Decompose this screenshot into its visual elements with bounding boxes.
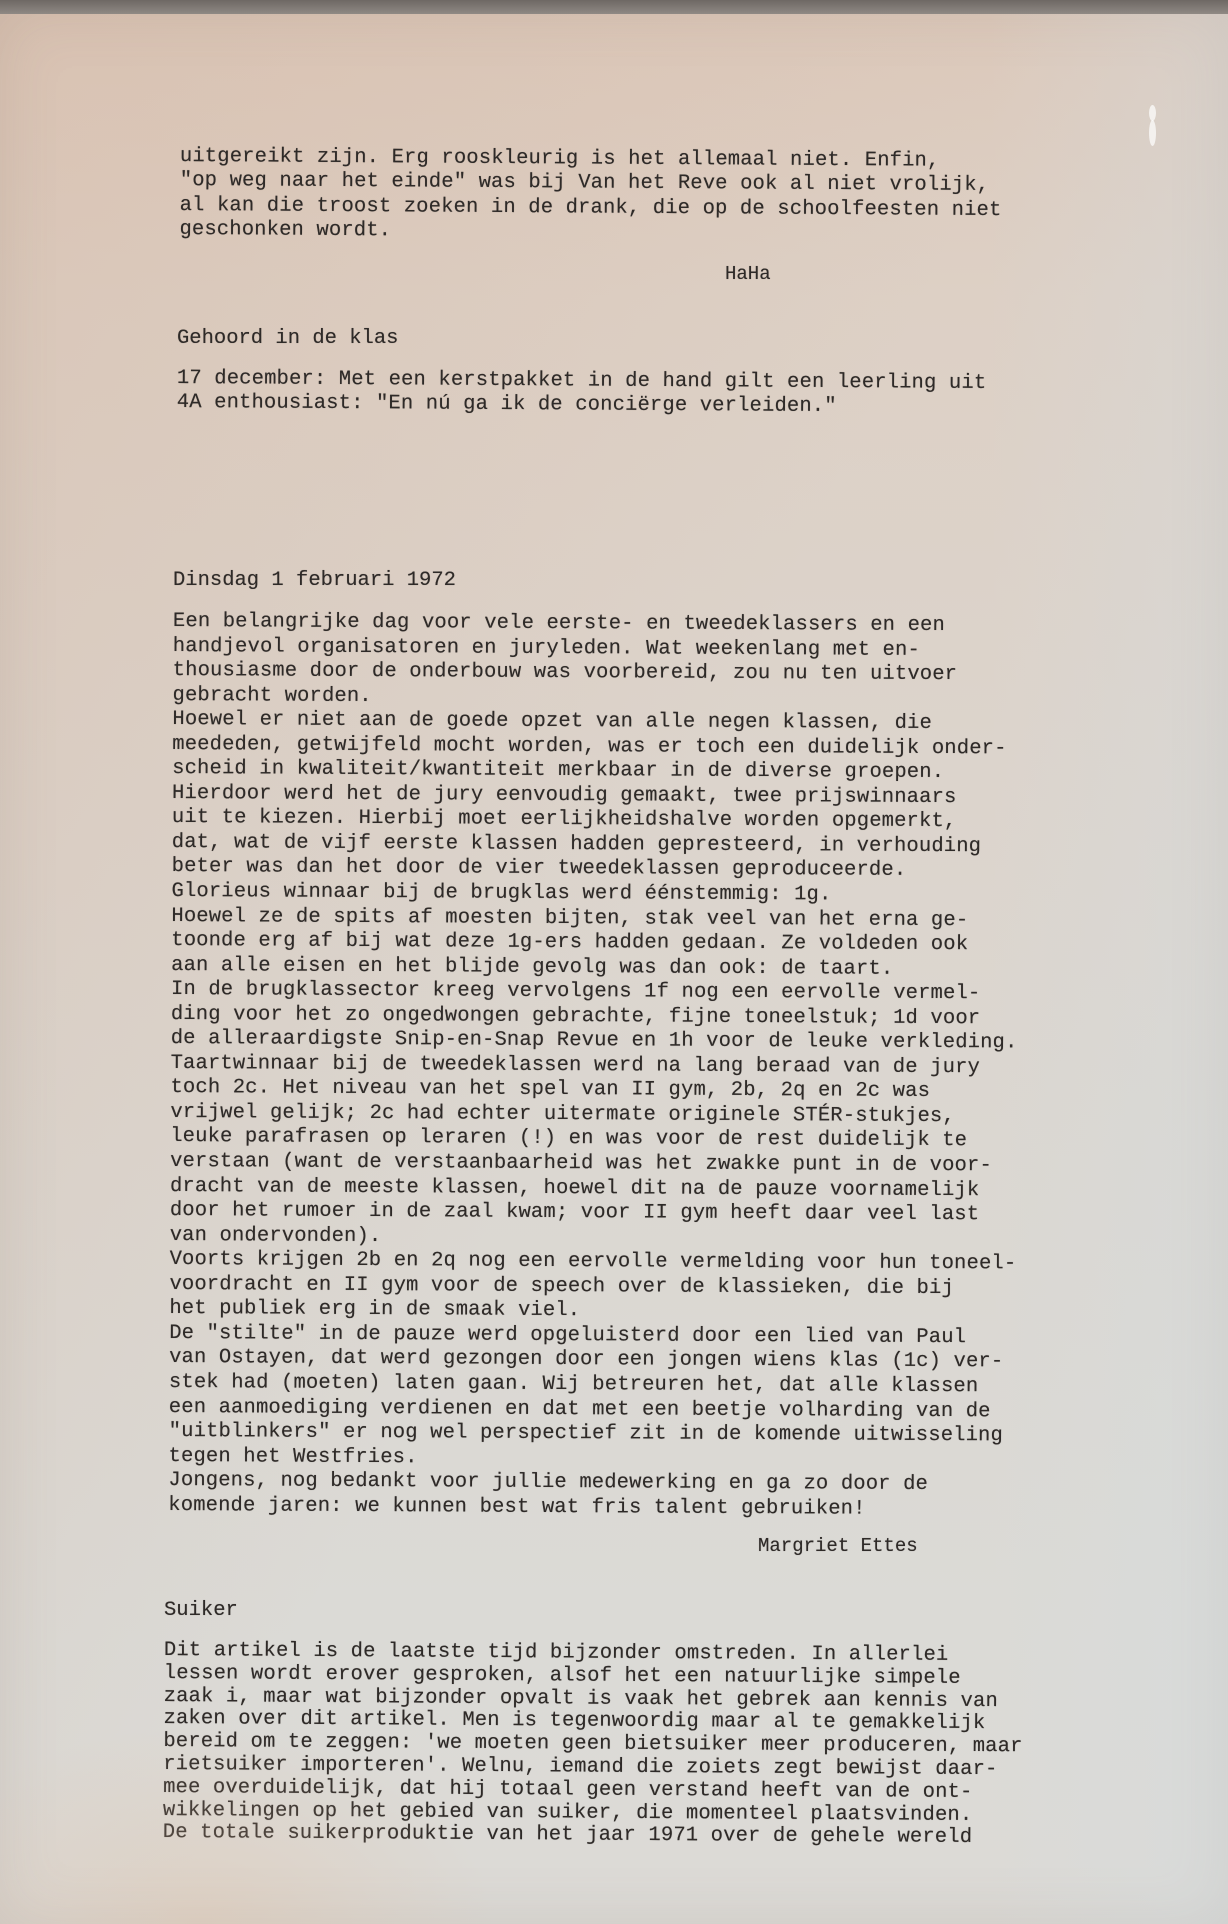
- dinsdag-paragraph: Een belangrijke dag voor vele eerste- en…: [168, 610, 1019, 1523]
- gehoord-paragraph: 17 december: Met een kerstpakket in de h…: [177, 367, 987, 421]
- section-title-suiker: Suiker: [164, 1599, 238, 1623]
- paper-dent: [1149, 105, 1156, 121]
- text-line: Een belangrijke dag voor vele eerste- en…: [173, 610, 1020, 639]
- dinsdag-signature: Margriet Ettes: [758, 1534, 918, 1558]
- text-line: De totale suikerproduktie van het jaar 1…: [163, 1822, 1022, 1850]
- intro-signature: HaHa: [725, 262, 771, 286]
- intro-paragraph: uitgereikt zijn. Erg rooskleurig is het …: [179, 145, 1001, 247]
- typewritten-page: uitgereikt zijn. Erg rooskleurig is het …: [0, 10, 1228, 1924]
- text-line: stek had (moeten) laten gaan. Wij betreu…: [169, 1371, 1016, 1400]
- section-title-gehoord: Gehoord in de klas: [177, 327, 398, 351]
- text-line: Glorieus winnaar bij de brugklas werd éé…: [171, 880, 1018, 909]
- section-title-dinsdag: Dinsdag 1 februari 1972: [173, 569, 456, 593]
- text-line: komende jaren: we kunnen best wat fris t…: [168, 1494, 1015, 1523]
- suiker-paragraph: Dit artikel is de laatste tijd bijzonder…: [163, 1640, 1023, 1850]
- paper-dent: [1149, 120, 1156, 146]
- text-line: 4A enthousiast: "En nú ga ik de conciërg…: [177, 391, 987, 420]
- text-line: geschonken wordt.: [179, 218, 1001, 247]
- text-line: mee overduidelijk, dat hij totaal geen v…: [163, 1777, 1022, 1805]
- paper-top-edge: [0, 0, 1228, 14]
